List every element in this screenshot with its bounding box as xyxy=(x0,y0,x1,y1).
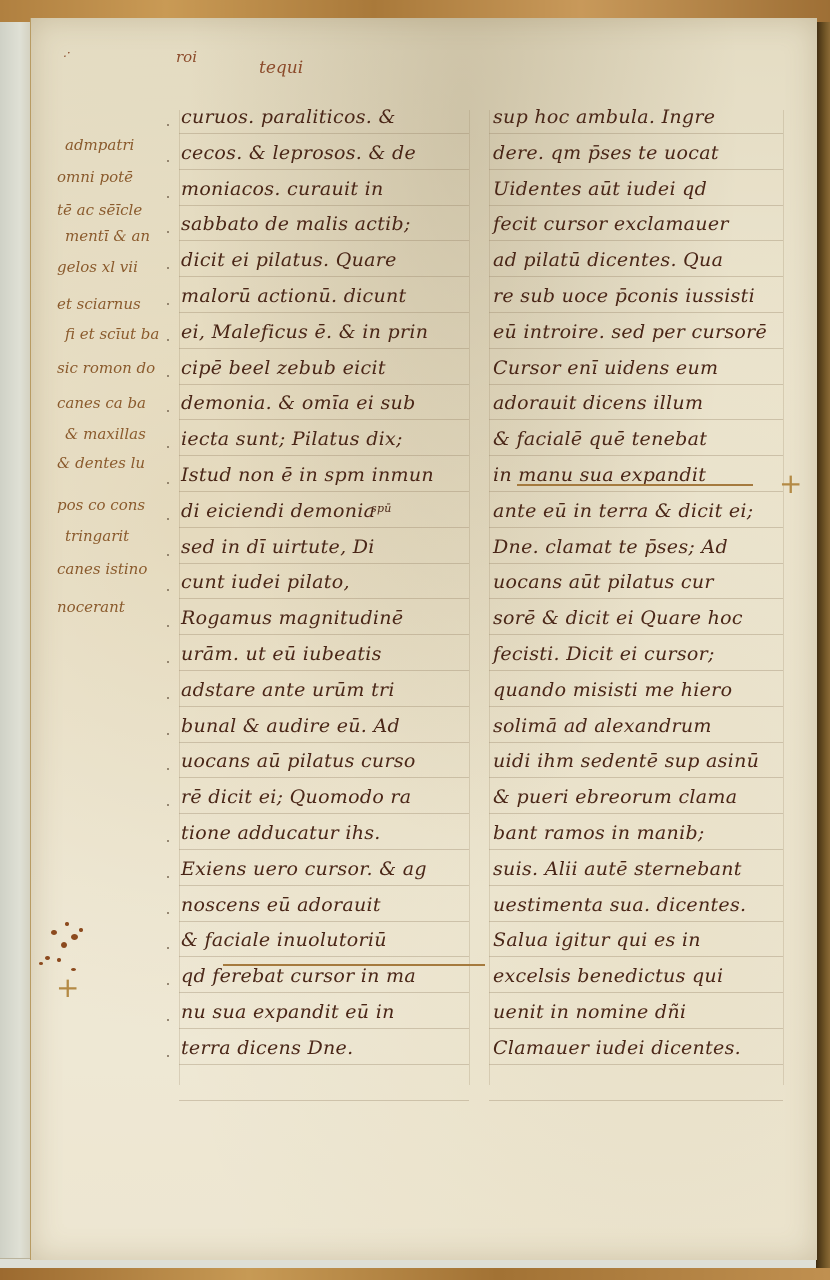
underline-faciale-right xyxy=(517,484,753,486)
marginal-note: tē ac sēīcle xyxy=(57,201,142,219)
column-rule-right xyxy=(783,110,784,1085)
underline-faciale-left xyxy=(223,964,485,966)
manuscript-line: fecisti. Dicit ei cursor; xyxy=(493,643,715,665)
cross-mark-right-margin: + xyxy=(779,470,802,498)
manuscript-line: Rogamus magnitudinē xyxy=(181,607,403,629)
manuscript-line: solimā ad alexandrum xyxy=(493,715,712,737)
manuscript-line: bunal & audire eū. Ad xyxy=(181,715,400,737)
marginal-note: admpatri xyxy=(65,136,134,154)
marginal-note: nocerant xyxy=(57,598,125,616)
cross-mark-left-margin: + xyxy=(56,974,79,1002)
manuscript-line: rē dicit ei; Quomodo ra xyxy=(181,786,411,808)
manuscript-line: dere. qm p̄ses te uocat xyxy=(493,142,719,164)
manuscript-line: curuos. paraliticos. & xyxy=(181,106,396,128)
marginal-note: mentī & an xyxy=(65,227,150,245)
marginal-note: gelos xl vii xyxy=(57,258,138,276)
margin-mark-top-left: .· xyxy=(63,46,71,60)
marginal-note: omni potē xyxy=(57,168,133,186)
manuscript-line: noscens eū adorauit xyxy=(181,894,381,916)
manuscript-line: Cursor enī uidens eum xyxy=(493,357,718,379)
manuscript-line: Uidentes aūt iudei qd xyxy=(493,178,707,200)
marginal-note: canes istino xyxy=(57,560,147,578)
manuscript-line: uocans aū pilatus curso xyxy=(181,750,416,772)
manuscript-line: suis. Alii autē sternebant xyxy=(493,858,742,880)
manuscript-line: in manu sua expandit xyxy=(493,464,706,486)
manuscript-line: iecta sunt; Pilatus dix; xyxy=(181,428,403,450)
manuscript-line: Istud non ē in spm inmun xyxy=(181,464,434,486)
manuscript-line: uidi ihm sedentē sup asinū xyxy=(493,750,759,772)
binding-bottom-edge xyxy=(0,1268,830,1280)
manuscript-line: urām. ut eū iubeatis xyxy=(181,643,382,665)
marginal-note: sic romon do xyxy=(57,359,155,377)
marginal-note: & maxillas xyxy=(65,425,146,443)
manuscript-line: moniacos. curauit in xyxy=(181,178,384,200)
binding-right-edge xyxy=(816,22,830,1272)
manuscript-line: terra dicens Dne. xyxy=(181,1037,353,1059)
marginal-note: pos co cons xyxy=(57,496,145,514)
manuscript-line: eū introire. sed per cursorē xyxy=(493,321,767,343)
manuscript-line: & faciale inuolutoriū xyxy=(181,929,387,951)
manuscript-line: Clamauer iudei dicentes. xyxy=(493,1037,741,1059)
interlinear-gloss: spū xyxy=(371,502,392,515)
running-head-right: tequi xyxy=(259,58,303,78)
marginal-note: canes ca ba xyxy=(57,394,146,412)
manuscript-line: Dne. clamat te p̄ses; Ad xyxy=(493,536,728,558)
manuscript-line: ante eū in terra & dicit ei; xyxy=(493,500,753,522)
manuscript-line: adorauit dicens illum xyxy=(493,392,703,414)
manuscript-line: Salua igitur qui es in xyxy=(493,929,701,951)
manuscript-line: sup hoc ambula. Ingre xyxy=(493,106,715,128)
manuscript-line: Exiens uero cursor. & ag xyxy=(181,858,427,880)
marginal-note: tringarit xyxy=(65,527,129,545)
manuscript-line: sabbato de malis actib; xyxy=(181,213,411,235)
manuscript-line: tione adducatur ihs. xyxy=(181,822,381,844)
manuscript-line: sorē & dicit ei Quare hoc xyxy=(493,607,743,629)
manuscript-line: ei, Maleficus ē. & in prin xyxy=(181,321,428,343)
manuscript-line: malorū actionū. dicunt xyxy=(181,285,406,307)
manuscript-line: nu sua expandit eū in xyxy=(181,1001,395,1023)
manuscript-line: demonia. & omīa ei sub xyxy=(181,392,416,414)
manuscript-line: di eiciendi demonia xyxy=(181,500,375,522)
manuscript-line: sed in dī uirtute, Di xyxy=(181,536,375,558)
manuscript-line: cecos. & leprosos. & de xyxy=(181,142,416,164)
manuscript-leaf: roi tequi .· admpatriomni potētē ac sēīc… xyxy=(30,18,817,1260)
manuscript-line: uocans aūt pilatus cur xyxy=(493,571,714,593)
marginal-note: fi et scīut ba xyxy=(65,325,159,343)
manuscript-line: dicit ei pilatus. Quare xyxy=(181,249,397,271)
manuscript-line: qd ferebat cursor in ma xyxy=(181,965,416,987)
manuscript-line: uenit in nomine dñi xyxy=(493,1001,686,1023)
manuscript-line: re sub uoce p̄conis iussisti xyxy=(493,285,755,307)
column-rule-mid-left xyxy=(469,110,470,1085)
manuscript-line: cunt iudei pilato, xyxy=(181,571,350,593)
manuscript-line: excelsis benedictus qui xyxy=(493,965,723,987)
manuscript-line: quando misisti me hiero xyxy=(493,679,732,701)
running-head-left: roi xyxy=(176,48,197,66)
manuscript-line: fecit cursor exclamauer xyxy=(493,213,729,235)
manuscript-line: adstare ante urūm tri xyxy=(181,679,395,701)
manuscript-line: uestimenta sua. dicentes. xyxy=(493,894,746,916)
manuscript-line: & pueri ebreorum clama xyxy=(493,786,737,808)
manuscript-line: cipē beel zebub eicit xyxy=(181,357,386,379)
manuscript-line: bant ramos in manib; xyxy=(493,822,705,844)
marginal-note: et sciarnus xyxy=(57,295,141,313)
manuscript-line: ad pilatū dicentes. Qua xyxy=(493,249,723,271)
manuscript-line: & facialē quē tenebat xyxy=(493,428,707,450)
marginal-note: & dentes lu xyxy=(57,454,145,472)
